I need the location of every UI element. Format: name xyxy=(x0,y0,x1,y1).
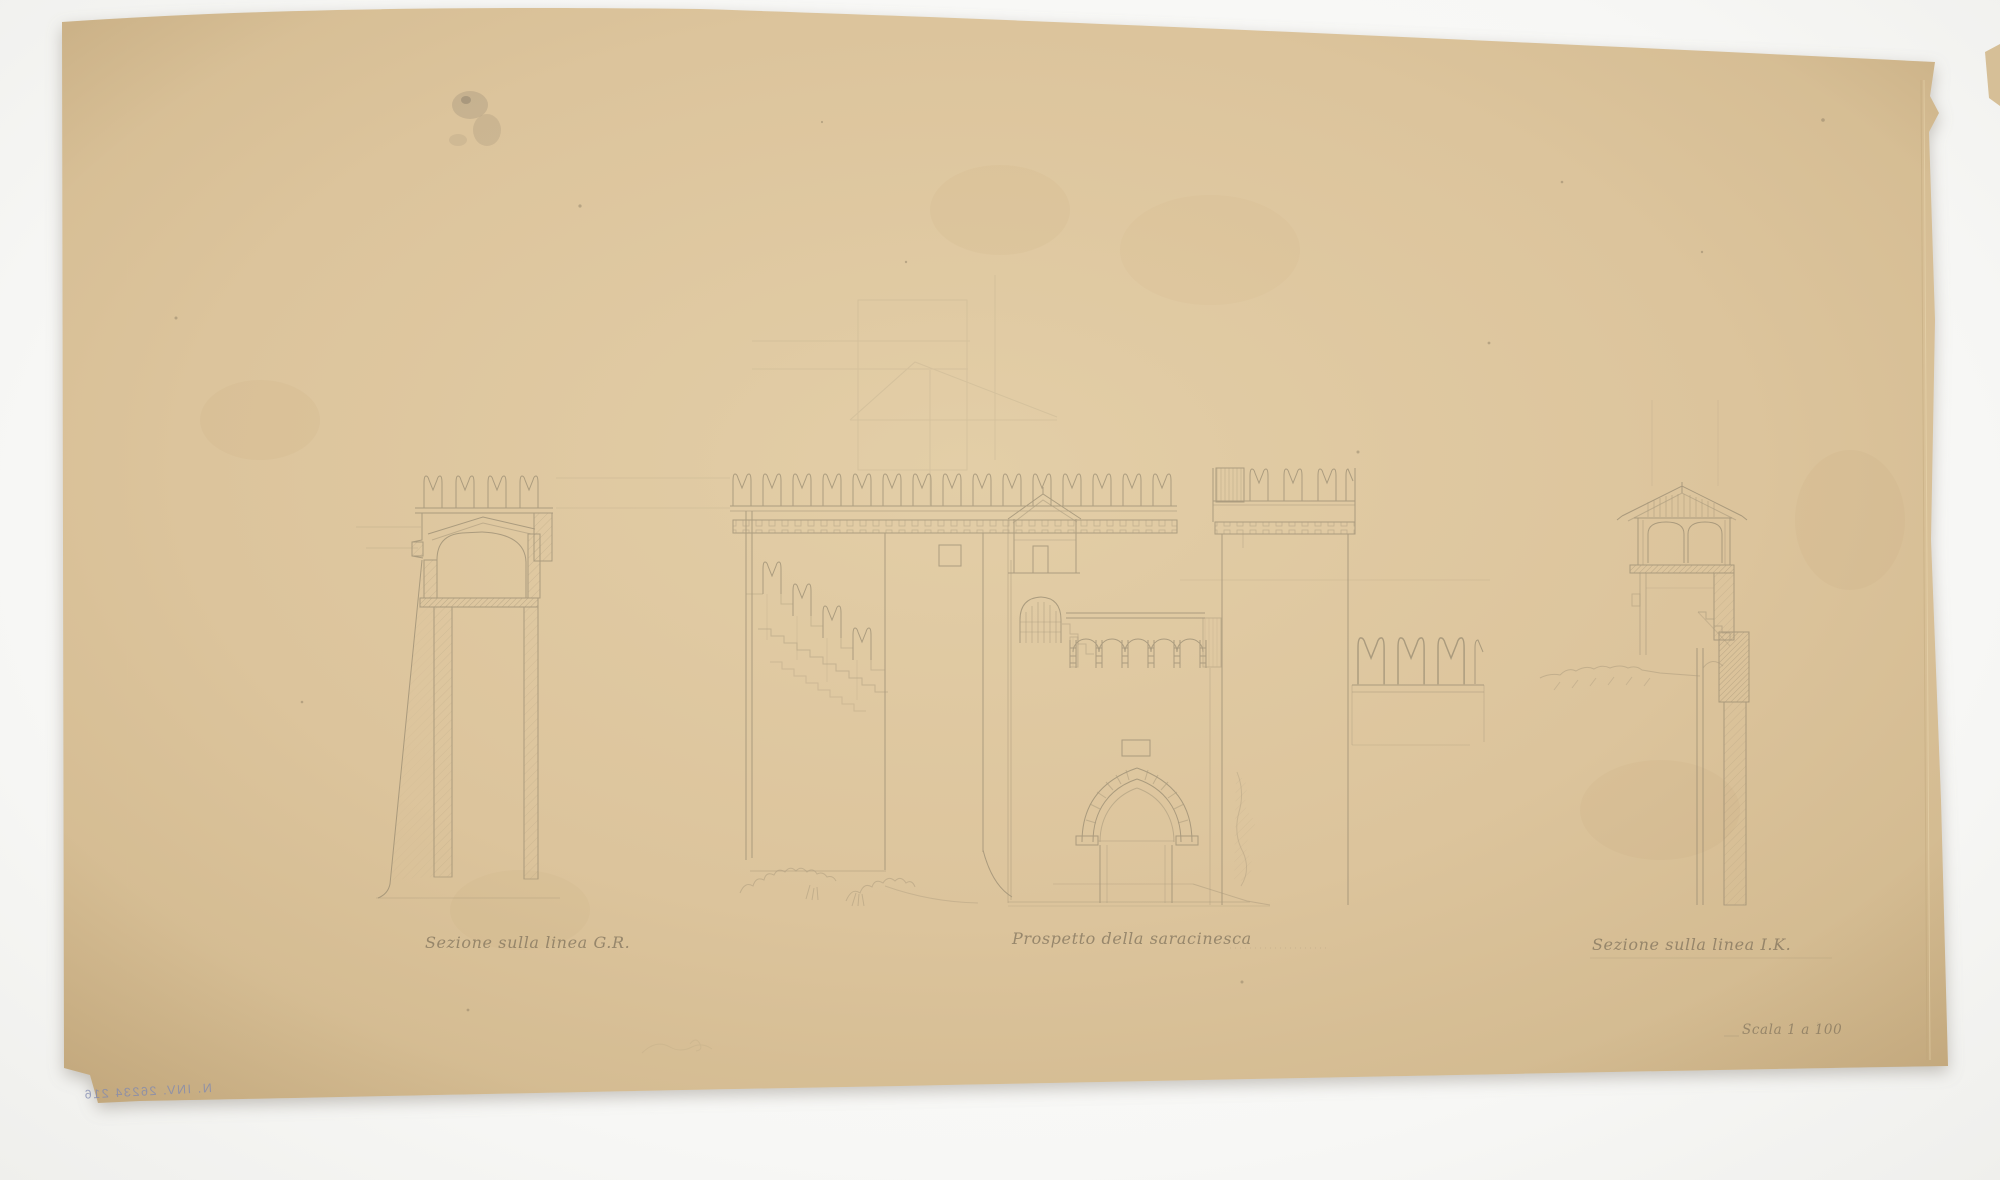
second-sheet-corner xyxy=(1985,44,2000,106)
caption-right-section: Sezione sulla linea I.K. xyxy=(1592,935,1791,954)
caption-left-section: Sezione sulla linea G.R. xyxy=(425,933,630,952)
scanned-sheet-stage: Sezione sulla linea G.R. Prospetto della… xyxy=(0,0,2000,1180)
scale-note: Scala 1 a 100 xyxy=(1742,1022,1842,1038)
caption-center-elevation: Prospetto della saracinesca xyxy=(1011,929,1252,948)
architectural-drawing-scan: Sezione sulla linea G.R. Prospetto della… xyxy=(0,0,2000,1180)
